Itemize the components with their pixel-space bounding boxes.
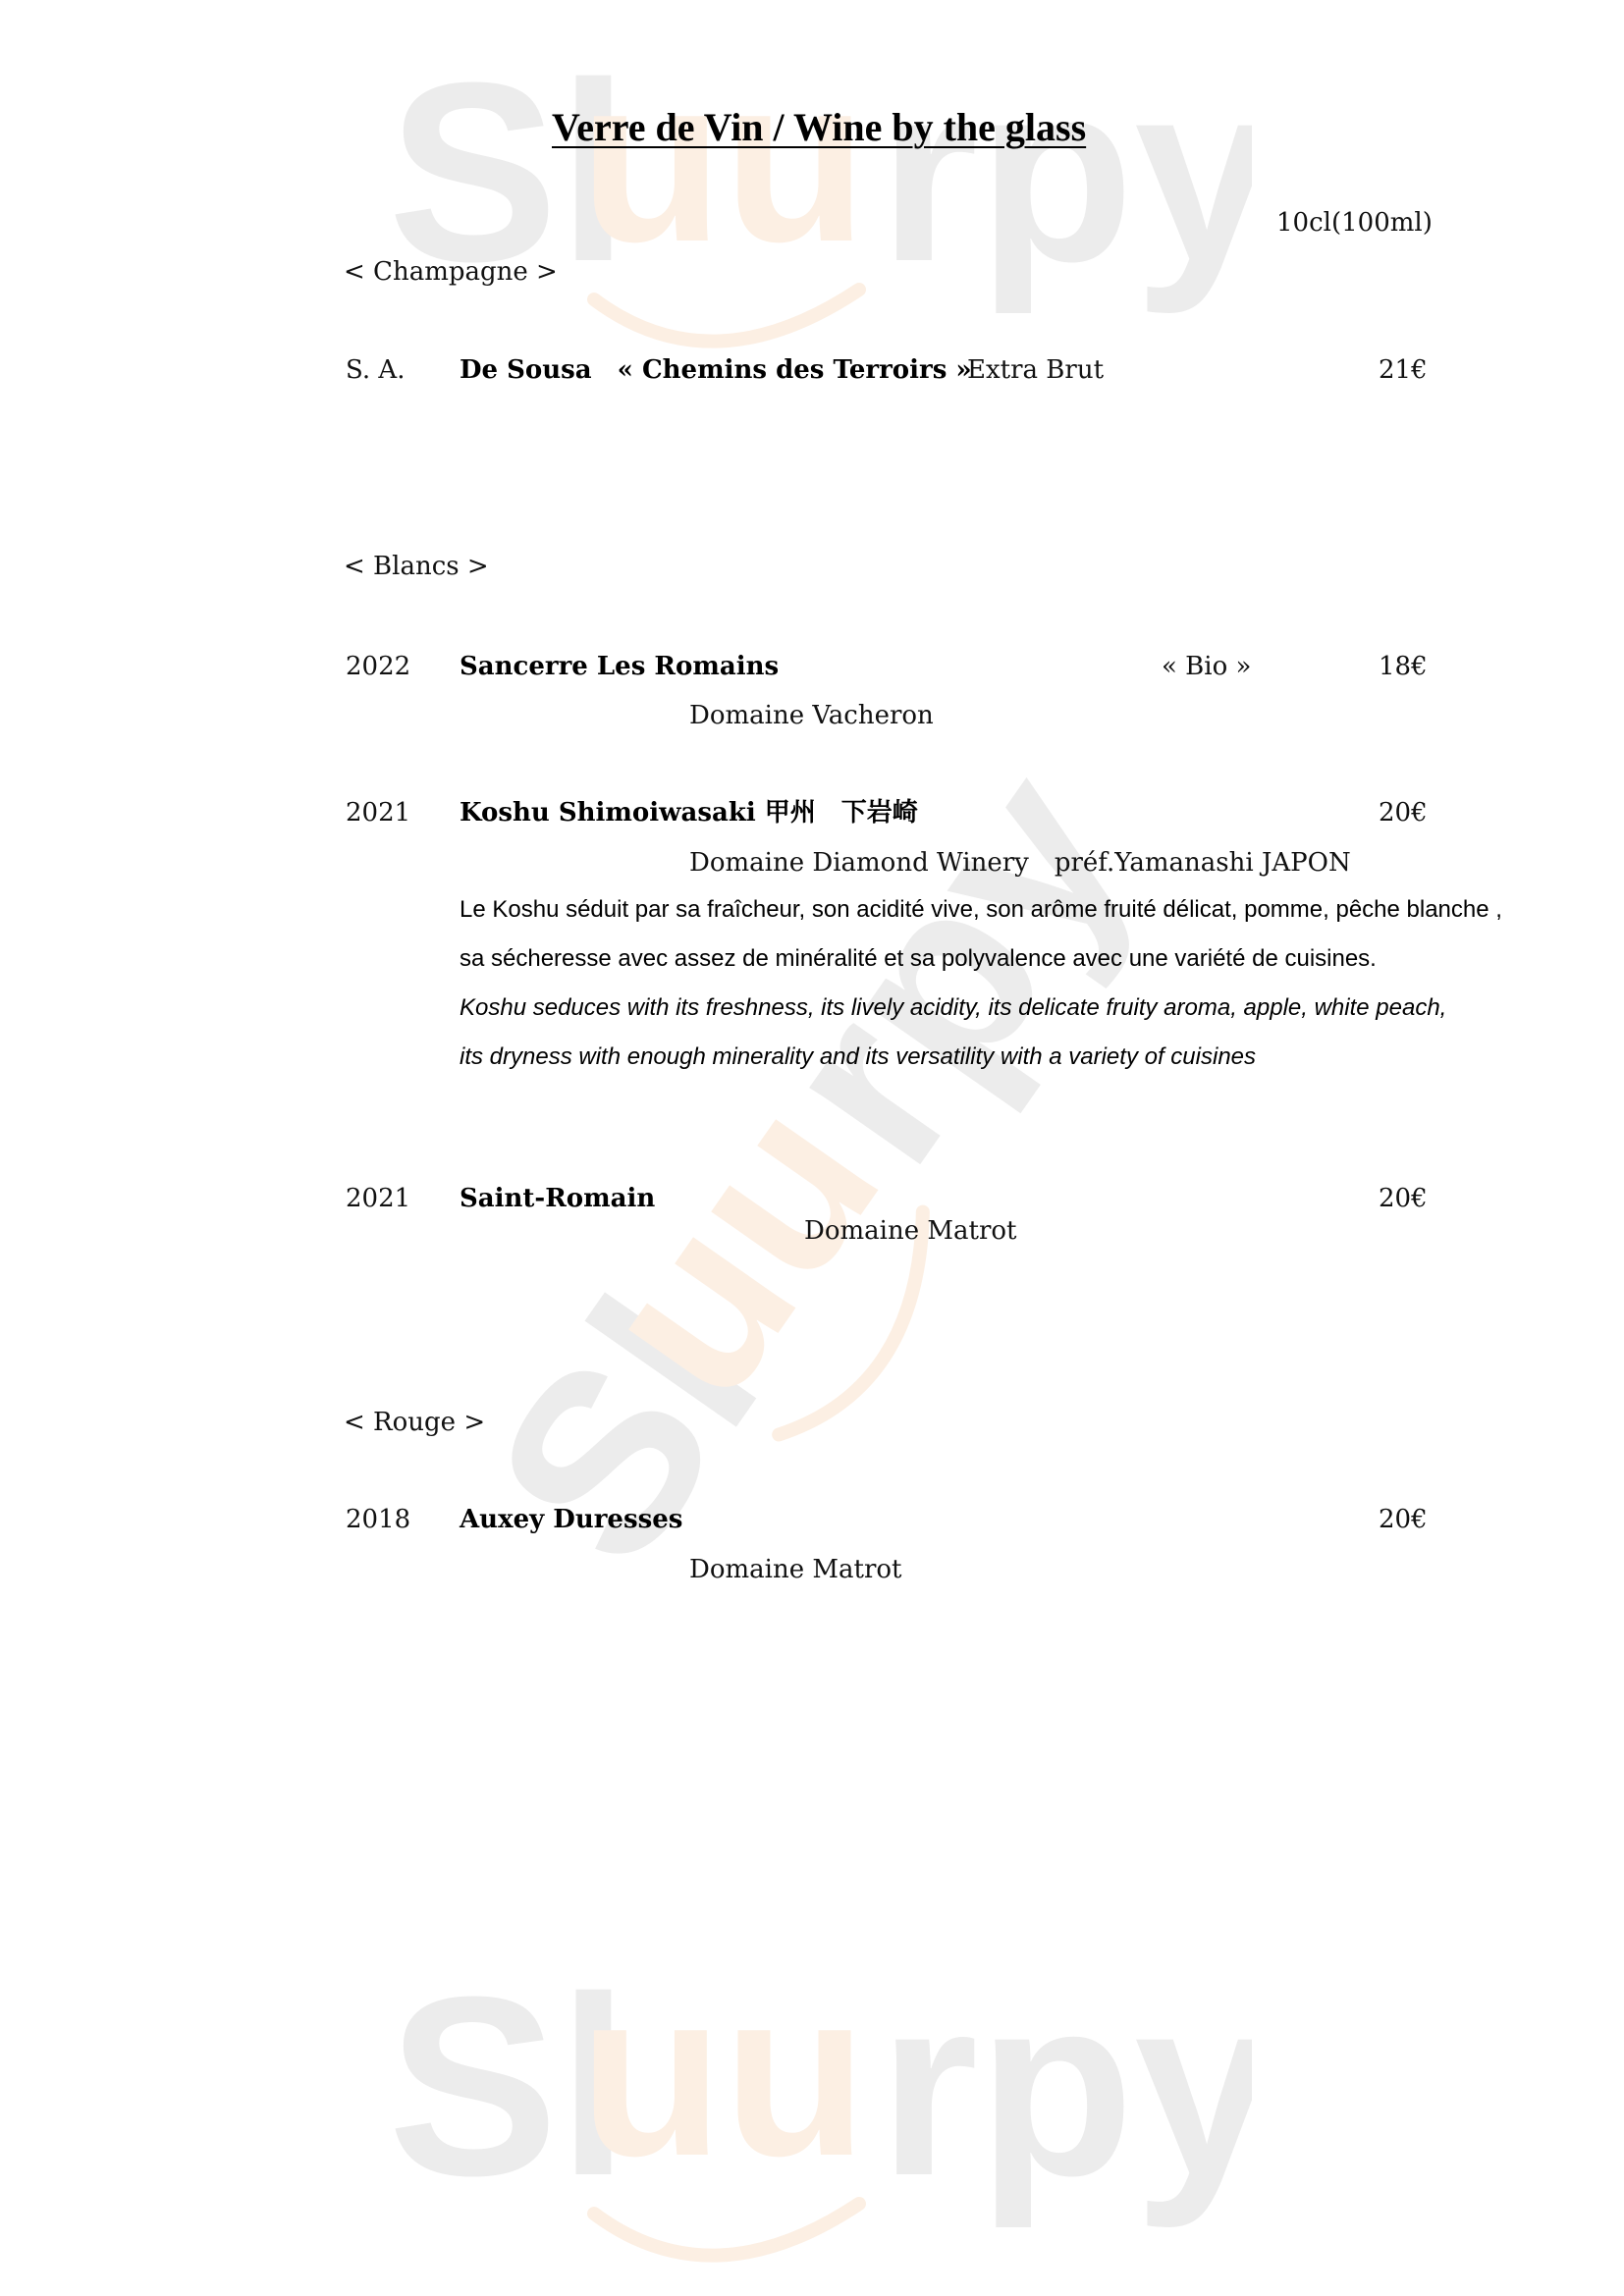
svg-text:rpy: rpy: [879, 1968, 1252, 2230]
producer: Domaine Matrot: [689, 1557, 901, 1582]
price: 20€: [1379, 800, 1428, 826]
watermark-logo-bottom: Sl uu rpy: [388, 1968, 1252, 2282]
section-heading-rouge: < Rouge >: [344, 1410, 485, 1435]
description-fr-line: Le Koshu séduit par sa fraîcheur, son ac…: [460, 898, 1502, 922]
description-en-line: its dryness with enough minerality and i…: [460, 1045, 1256, 1069]
vintage: 2018: [346, 1507, 410, 1532]
vintage: 2021: [346, 800, 410, 826]
vintage: 2022: [346, 654, 410, 679]
price: 20€: [1379, 1186, 1428, 1211]
wine-name: Sancerre Les Romains: [460, 654, 779, 679]
price: 21€: [1379, 357, 1428, 383]
description-fr-line: sa sécheresse avec assez de minéralité e…: [460, 947, 1377, 971]
section-heading-blancs: < Blancs >: [344, 554, 489, 579]
svg-text:uu: uu: [548, 1055, 929, 1442]
producer: Domaine Diamond Winery préf.Yamanashi JA…: [689, 850, 1351, 876]
description-en-line: Koshu seduces with its freshness, its li…: [460, 996, 1446, 1020]
vintage: S. A.: [346, 357, 405, 383]
svg-text:rpy: rpy: [879, 54, 1252, 316]
bio-tag: « Bio »: [1162, 654, 1251, 679]
page-title: Verre de Vin / Wine by the glass: [552, 108, 1086, 147]
svg-text:uu: uu: [579, 54, 867, 291]
producer: Domaine Matrot: [804, 1218, 1016, 1244]
vintage: 2021: [346, 1186, 410, 1211]
volume-note: 10cl(100ml): [1276, 210, 1433, 236]
price: 20€: [1379, 1507, 1428, 1532]
watermark-logo-top: Sl uu rpy: [388, 54, 1252, 348]
svg-text:uu: uu: [579, 1968, 867, 2205]
section-heading-champagne: < Champagne >: [344, 259, 558, 285]
wine-name: Koshu Shimoiwasaki 甲州 下岩崎: [460, 800, 918, 826]
wine-note: Extra Brut: [967, 357, 1104, 383]
producer: Domaine Vacheron: [689, 703, 934, 728]
svg-text:rpy: rpy: [722, 766, 1184, 1211]
wine-name: Saint-Romain: [460, 1186, 655, 1211]
price: 18€: [1379, 654, 1428, 679]
wine-name: De Sousa « Chemins des Terroirs »: [460, 357, 972, 383]
svg-text:Sl: Sl: [388, 1968, 629, 2229]
wine-name: Auxey Duresses: [460, 1507, 682, 1532]
